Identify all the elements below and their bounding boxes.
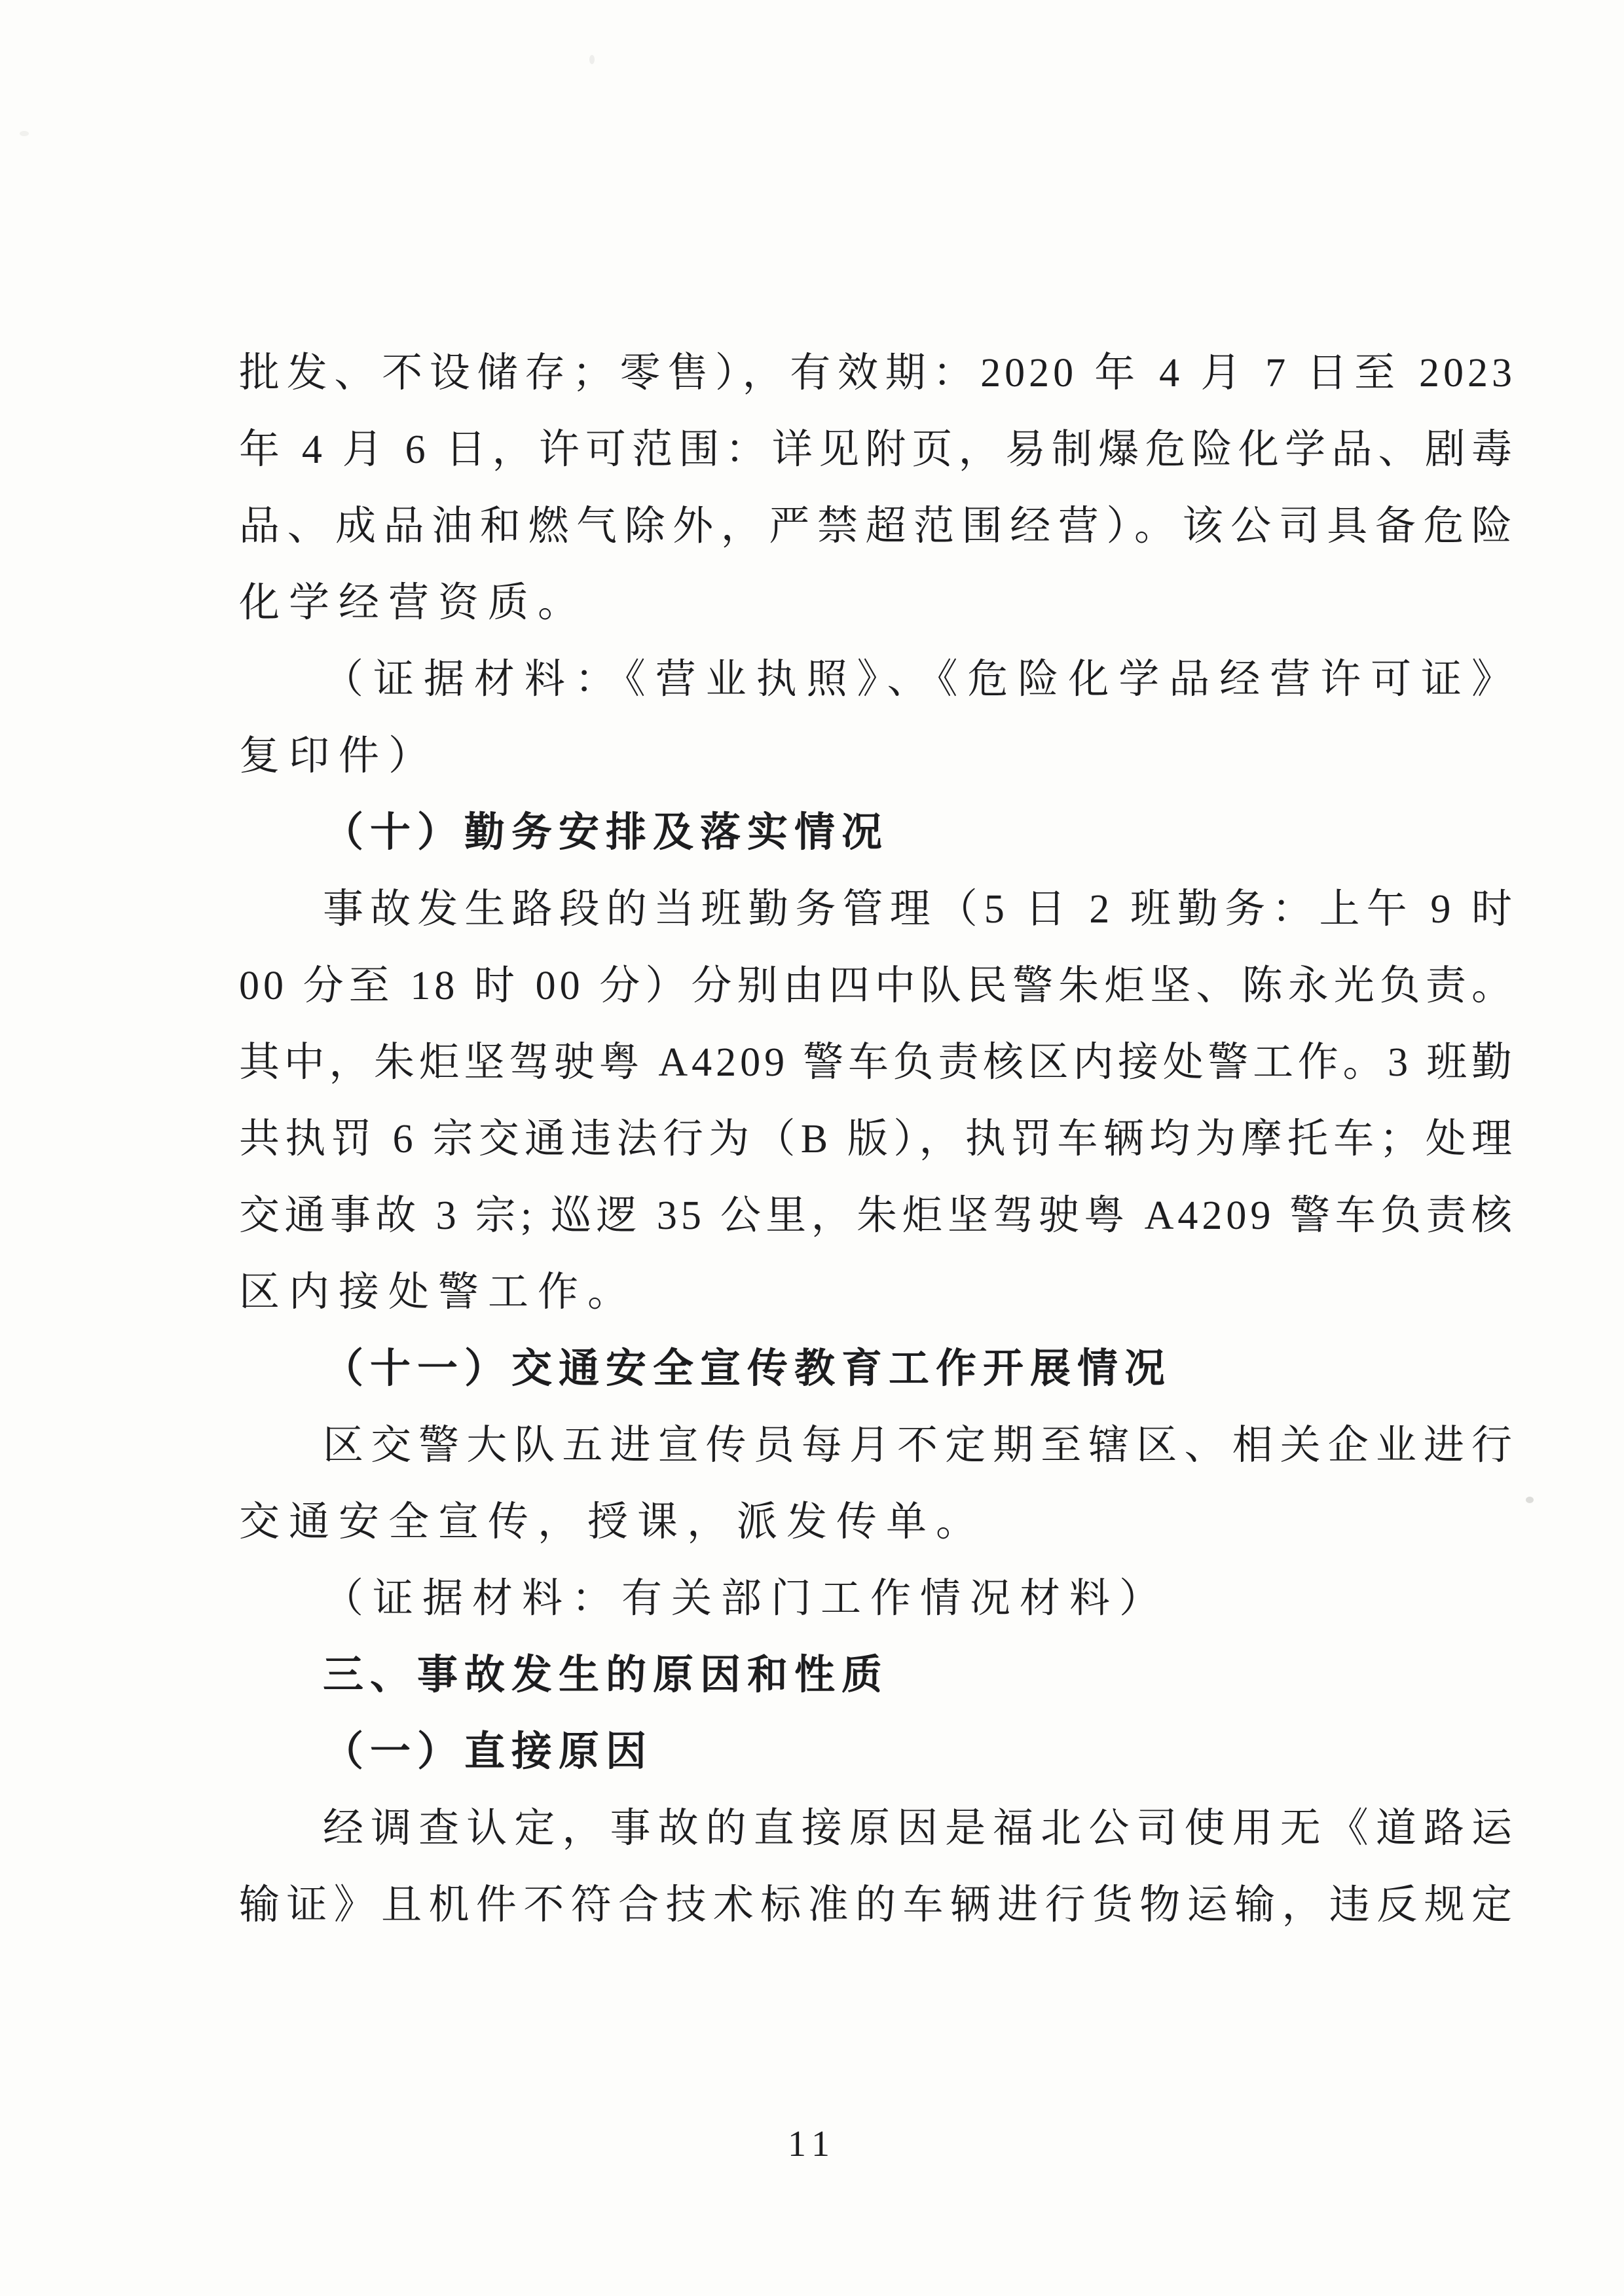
text-line: 品、成品油和燃气除外，严禁超范围经营）。该公司具备危险 [239, 488, 1516, 565]
scan-artifact [589, 55, 595, 64]
text-line: 复印件） [239, 718, 1516, 795]
document-page: 批发、不设储存；零售），有效期：2020 年 4 月 7 日至 2023年 4 … [0, 0, 1624, 2296]
scan-artifact [20, 131, 29, 136]
text-line: 批发、不设储存；零售），有效期：2020 年 4 月 7 日至 2023 [239, 335, 1516, 412]
text-line: 经调查认定，事故的直接原因是福北公司使用无《道路运 [239, 1791, 1516, 1867]
text-line: （证据材料：有关部门工作情况材料） [239, 1561, 1516, 1637]
text-line: 事故发生路段的当班勤务管理（5 日 2 班勤务：上午 9 时 [239, 871, 1516, 948]
text-line: 共执罚 6 宗交通违法行为（B 版），执罚车辆均为摩托车；处理 [239, 1101, 1516, 1178]
text-line: 区内接处警工作。 [239, 1254, 1516, 1331]
heading-line: （十一）交通安全宣传教育工作开展情况 [239, 1331, 1516, 1408]
text-line: 交通安全宣传，授课，派发传单。 [239, 1484, 1516, 1561]
text-line: 输证》且机件不符合技术标准的车辆进行货物运输，违反规定 [239, 1867, 1516, 1944]
page-number: 11 [0, 2124, 1624, 2164]
text-line: 区交警大队五进宣传员每月不定期至辖区、相关企业进行 [239, 1408, 1516, 1484]
text-line: （证据材料：《营业执照》、《危险化学品经营许可证》 [239, 642, 1516, 718]
heading-line: （一）直接原因 [239, 1714, 1516, 1791]
text-line: 交通事故 3 宗; 巡逻 35 公里，朱炬坚驾驶粤 A4209 警车负责核 [239, 1178, 1516, 1254]
scan-artifact [1526, 1497, 1534, 1503]
text-line: 00 分至 18 时 00 分）分别由四中队民警朱炬坚、陈永光负责。 [239, 948, 1516, 1025]
heading-line: （十）勤务安排及落实情况 [239, 795, 1516, 871]
text-line: 年 4 月 6 日，许可范围：详见附页，易制爆危险化学品、剧毒 [239, 412, 1516, 488]
heading-line: 三、事故发生的原因和性质 [239, 1637, 1516, 1714]
text-block: 批发、不设储存；零售），有效期：2020 年 4 月 7 日至 2023年 4 … [239, 335, 1516, 1944]
text-line: 化学经营资质。 [239, 565, 1516, 642]
text-line: 其中，朱炬坚驾驶粤 A4209 警车负责核区内接处警工作。3 班勤 [239, 1025, 1516, 1101]
